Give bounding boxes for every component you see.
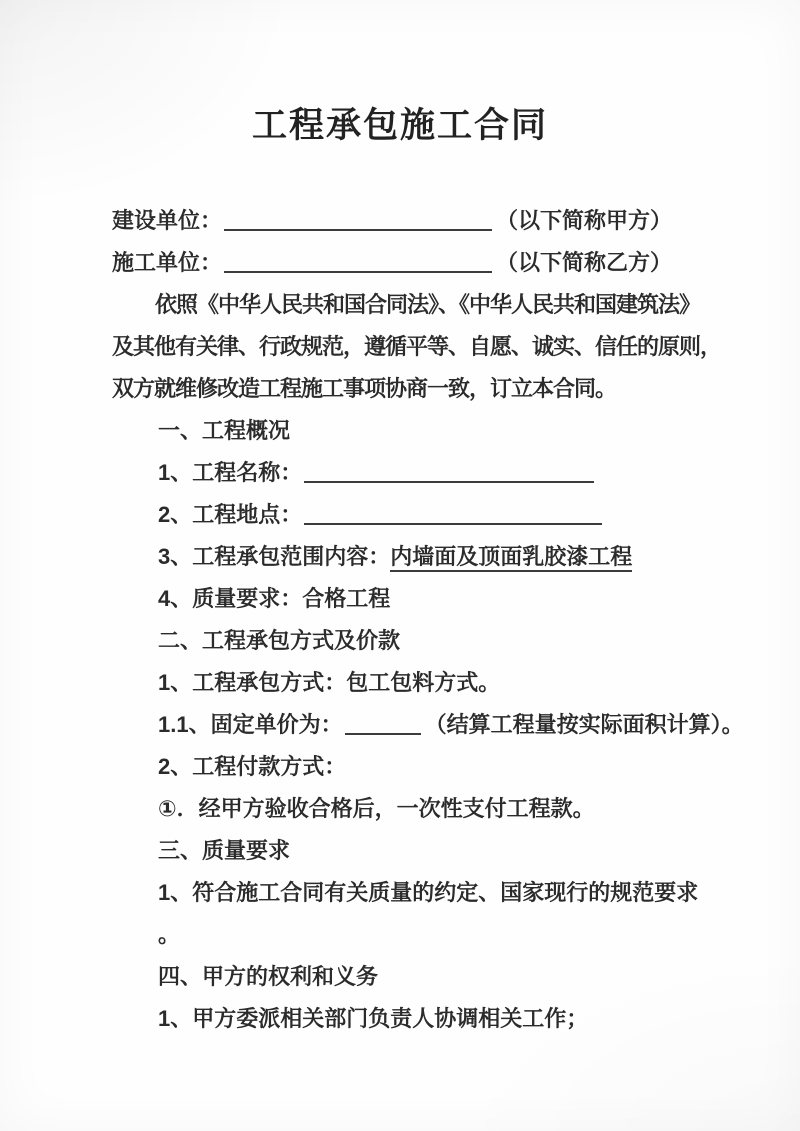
clause-project-location: 2、工程地点：	[112, 494, 720, 536]
preamble-line: 及其他有关律、行政规范，遵循平等、自愿、诚实、信任的原则，	[112, 326, 720, 368]
contract-document-page: 工程承包施工合同 建设单位：（以下简称甲方） 施工单位：（以下简称乙方） 依照《…	[0, 0, 800, 1131]
clause-scope-value: 内墙面及顶面乳胶漆工程	[390, 544, 632, 572]
blank-underline-project-location	[304, 503, 602, 525]
clause-label: 2、工程地点：	[158, 502, 302, 527]
party-row-contractor: 施工单位：（以下简称乙方）	[112, 242, 720, 284]
party-suffix-yifang: （以下简称乙方）	[496, 250, 672, 275]
clause-quality: 4、质量要求：合格工程	[112, 578, 720, 620]
section-heading-3: 三、质量要求	[112, 830, 720, 872]
section-heading-4: 四、甲方的权利和义务	[112, 956, 720, 998]
party-suffix-jiafang: （以下简称甲方）	[496, 208, 672, 233]
clause-fixed-price: 1.1、固定单价为：（结算工程量按实际面积计算）。	[112, 704, 720, 746]
clause-label: 3、工程承包范围内容：	[158, 544, 390, 569]
clause-project-name: 1、工程名称：	[112, 452, 720, 494]
contract-title: 工程承包施工合同	[0, 0, 800, 148]
clause-party-a-duty-1: 1、甲方委派相关部门负责人协调相关工作；	[112, 998, 720, 1040]
party-row-builder: 建设单位：（以下简称甲方）	[112, 200, 720, 242]
contract-body: 建设单位：（以下简称甲方） 施工单位：（以下简称乙方） 依照《中华人民共和国合同…	[112, 200, 720, 1040]
clause-payment-item-1: ①．经甲方验收合格后，一次性支付工程款。	[112, 788, 720, 830]
clause-quality-requirement-wrap: 。	[112, 914, 720, 956]
party-label-contractor: 施工单位：	[112, 250, 222, 275]
blank-underline-project-name	[304, 461, 594, 483]
clause-suffix: （结算工程量按实际面积计算）。	[425, 712, 744, 737]
blank-underline-contractor	[224, 251, 492, 273]
blank-underline-unit-price	[345, 713, 421, 735]
clause-contract-method: 1、工程承包方式：包工包料方式。	[112, 662, 720, 704]
clause-scope: 3、工程承包范围内容：内墙面及顶面乳胶漆工程	[112, 536, 720, 578]
preamble-line: 双方就维修改造工程施工事项协商一致，订立本合同。	[112, 368, 720, 410]
section-heading-2: 二、工程承包方式及价款	[112, 620, 720, 662]
clause-label: 1.1、固定单价为：	[158, 712, 343, 737]
preamble-line: 依照《中华人民共和国合同法》、《中华人民共和国建筑法》	[112, 284, 720, 326]
clause-payment-method: 2、工程付款方式：	[112, 746, 720, 788]
party-label-builder: 建设单位：	[112, 208, 222, 233]
clause-quality-requirement: 1、符合施工合同有关质量的约定、国家现行的规范要求	[112, 872, 720, 914]
blank-underline-builder	[224, 209, 492, 231]
clause-label: 1、工程名称：	[158, 460, 302, 485]
section-heading-1: 一、工程概况	[112, 410, 720, 452]
